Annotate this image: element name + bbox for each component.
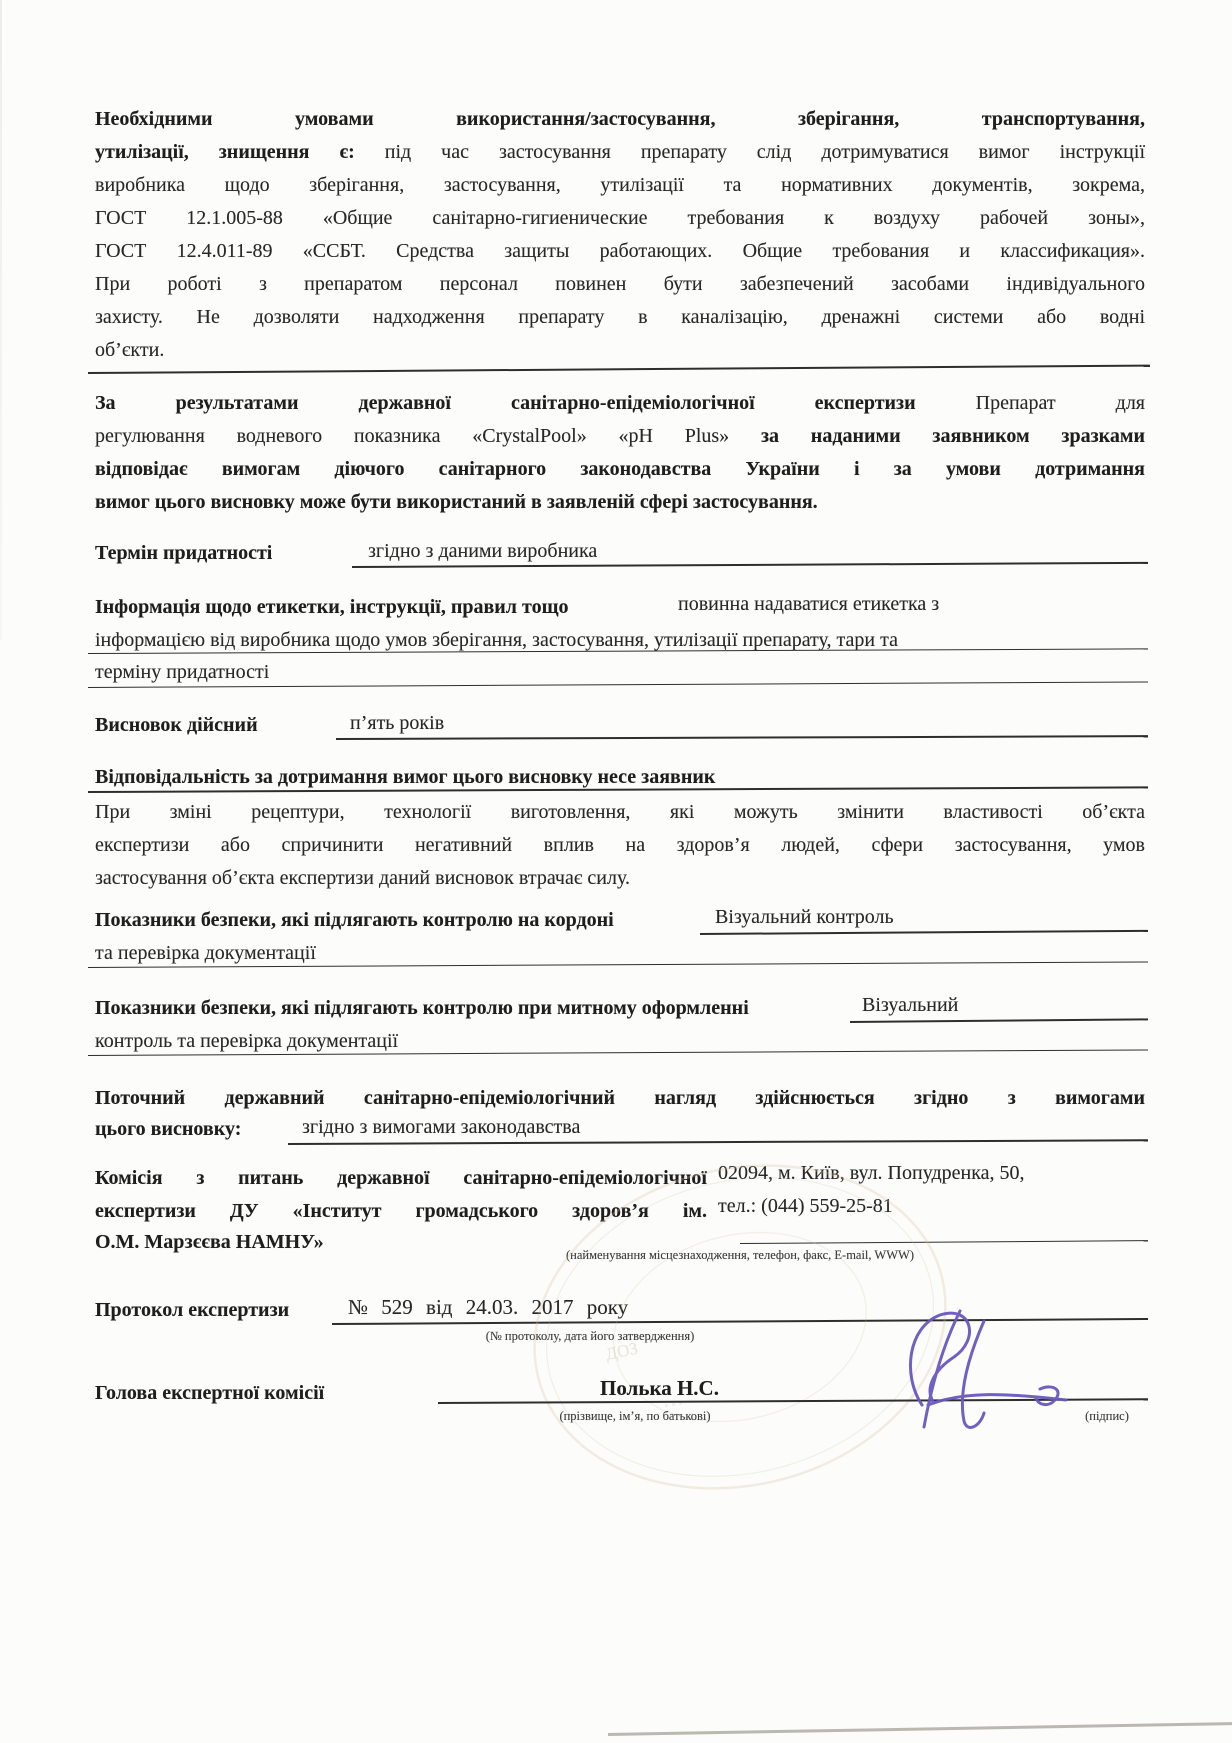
fill-line — [850, 1018, 1148, 1023]
conditions-line-5: ГОСТ 12.4.011-89 «ССБТ. Средства защиты … — [95, 236, 1145, 266]
result-line-2-text: регулювання водневого показника «Crystal… — [95, 425, 729, 447]
conditions-line-7: захисту. Не дозволяти надходження препар… — [95, 302, 1145, 332]
scanned-document-page: Необхідними умовами використання/застосу… — [0, 0, 1232, 1743]
head-label: Голова експертної комісії — [95, 1380, 324, 1406]
conditions-line-6: При роботі з препаратом персонал повинен… — [95, 269, 1145, 299]
responsibility-line-3: застосування об’єкта експертизи даний ви… — [95, 863, 1145, 893]
border-control-value-2: та перевірка документації — [95, 940, 316, 966]
result-line-3: відповідає вимогам діючого санітарного з… — [95, 454, 1145, 484]
shelf-life-label: Термін придатності — [95, 540, 272, 566]
head-name: Полька Н.С. — [600, 1375, 719, 1401]
conditions-line-3: виробника щодо зберігання, застосування,… — [95, 170, 1145, 200]
supervision-value: згідно з вимогами законодавства — [302, 1114, 580, 1140]
scan-bottom-edge — [608, 1722, 1232, 1736]
conditions-line-4: ГОСТ 12.1.005-88 «Общие санітарно-гигиен… — [95, 203, 1145, 233]
conditions-line-8: об’єкти. — [95, 335, 1145, 365]
commission-line-3: О.М. Марзєєва НАМНУ» — [95, 1229, 324, 1255]
responsibility-line-1: При зміні рецептури, технології виготовл… — [95, 797, 1145, 827]
label-info-value-1: повинна надаватися етикетка з — [678, 591, 939, 617]
conditions-line-2: утилізації, знищення є: під час застосув… — [95, 137, 1145, 167]
customs-control-label: Показники безпеки, які підлягають контро… — [95, 995, 749, 1021]
conditions-line-2-text: під час застосування препарату слід дотр… — [385, 141, 1145, 163]
result-line-2-bold: за наданими заявником зразками — [761, 425, 1145, 447]
protocol-label: Протокол експертизи — [95, 1297, 289, 1323]
label-info-value-3: терміну придатності — [95, 659, 269, 685]
customs-control-value: Візуальний — [862, 992, 958, 1018]
fill-line — [288, 1139, 1148, 1145]
validity-value: п’ять років — [350, 710, 444, 736]
validity-label: Висновок дійсний — [95, 712, 258, 738]
responsibility-line-2: експертизи або спричинити негативний впл… — [95, 830, 1145, 860]
result-line-1: За результатами державної санітарно-епід… — [95, 388, 1145, 418]
scan-left-edge — [0, 0, 2, 640]
supervision-line-1: Поточний державний санітарно-епідеміолог… — [95, 1083, 1145, 1113]
customs-control-value-2: контроль та перевірка документації — [95, 1028, 398, 1054]
result-line-2: регулювання водневого показника «Crystal… — [95, 421, 1145, 451]
head-name-caption: (прізвище, ім’я, по батькові) — [520, 1409, 750, 1423]
fill-line — [336, 735, 1148, 740]
result-line-1-bold: За результатами державної санітарно-епід… — [95, 392, 916, 414]
shelf-life-value: згідно з даними виробника — [368, 538, 597, 564]
responsibility-heading: Відповідальність за дотримання вимог цьо… — [95, 764, 715, 790]
fill-line — [700, 930, 1148, 935]
border-control-value: Візуальний контроль — [715, 904, 894, 930]
signature-image — [888, 1305, 1078, 1440]
conditions-lead-bold: утилізації, знищення є: — [95, 141, 355, 163]
section-divider-line — [88, 365, 1150, 374]
svg-text:ДОЗ: ДОЗ — [604, 1339, 640, 1364]
border-control-label: Показники безпеки, які підлягають контро… — [95, 907, 614, 933]
result-line-4: вимог цього висновку може бути використа… — [95, 487, 1145, 517]
conditions-line-1: Необхідними умовами використання/застосу… — [95, 104, 1145, 134]
result-line-1-text: Препарат для — [976, 392, 1145, 414]
label-info-label: Інформація щодо етикетки, інструкції, пр… — [95, 594, 568, 620]
supervision-label-2: цього висновку: — [95, 1116, 241, 1142]
